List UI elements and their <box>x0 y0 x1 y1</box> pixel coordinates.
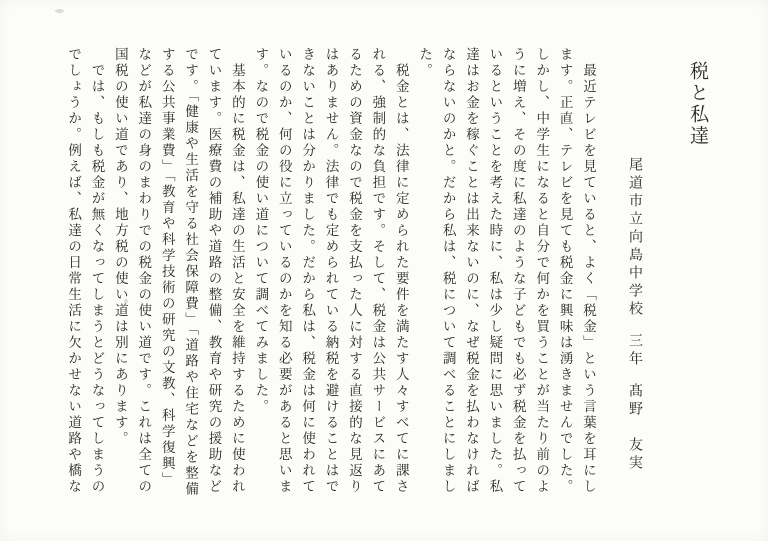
scan-artifact <box>55 9 64 13</box>
scan-artifact <box>124 299 128 303</box>
essay-title: 税と私達 <box>682 61 712 501</box>
essay-paragraph: 最近テレビを見ていると、よく「税金」という言葉を耳にします。正直、テレビを見ても… <box>413 47 600 499</box>
essay-paragraph: では、もしも税金が無くなってしまうとどうなってしまうのでしょうか。例えば、私達の… <box>62 47 109 499</box>
scanned-essay-page: 税と私達 尾道市立向島中学校三年髙野 友実 最近テレビを見ていると、よく「税金」… <box>0 0 768 541</box>
essay-byline: 尾道市立向島中学校三年髙野 友実 <box>624 157 644 501</box>
essay-body: 最近テレビを見ていると、よく「税金」という言葉を耳にします。正直、テレビを見ても… <box>62 47 600 499</box>
byline-author-name: 髙野 友実 <box>627 383 642 473</box>
essay-paragraph: 基本的に税金は、私達の生活と安全を維持するために使われています。医療費の補助や道… <box>108 47 248 499</box>
essay-paragraph: 税金とは、法律に定められた要件を満たす人々すべてに課される、強制的な負担です。そ… <box>249 47 413 499</box>
byline-grade: 三年 <box>627 333 642 369</box>
byline-school: 尾道市立向島中学校 <box>627 157 642 319</box>
